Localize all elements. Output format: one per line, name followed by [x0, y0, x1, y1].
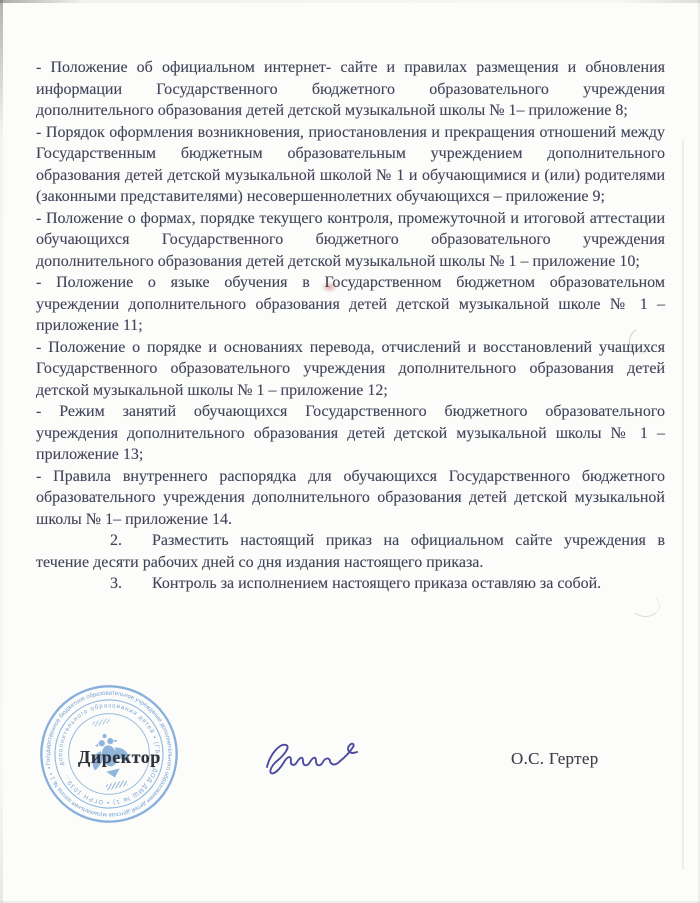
- handwritten-signature: [255, 731, 375, 786]
- regulation-item-appendix-13: - Режим занятий обучающихся Государствен…: [36, 401, 665, 466]
- regulation-item-appendix-14: - Правила внутреннего распорядка для обу…: [36, 466, 665, 531]
- scanned-document-page: - Положение об официальном интернет- сай…: [0, 0, 700, 903]
- order-item-2: 2.Разместить настоящий приказ на официал…: [36, 530, 665, 573]
- scan-arc-artifact: [631, 594, 660, 617]
- stamp-hatch-patch: [106, 780, 128, 791]
- item-text: Контроль за исполнением настоящего прика…: [152, 575, 601, 592]
- scan-edge-artifact-top: [0, 0, 700, 3]
- item-text: Разместить настоящий приказ на официальн…: [36, 532, 665, 571]
- stamp-hatch-patch: [92, 718, 110, 727]
- document-body: - Положение об официальном интернет- сай…: [36, 57, 665, 595]
- item-number: 3.: [73, 573, 122, 595]
- director-name: О.С. Гертер: [511, 749, 599, 769]
- order-item-3: 3.Контроль за исполнением настоящего при…: [36, 573, 665, 595]
- scan-streak-artifact: [682, 140, 684, 870]
- item-number: 2.: [73, 530, 122, 552]
- regulation-item-appendix-9: - Порядок оформления возникновения, прио…: [36, 122, 665, 208]
- regulation-item-appendix-10: - Положение о формах, порядке текущего к…: [36, 208, 665, 273]
- regulation-item-appendix-12: - Положение о порядке и основаниях перев…: [36, 337, 665, 402]
- director-title: Директор: [78, 747, 161, 768]
- regulation-item-appendix-8: - Положение об официальном интернет- сай…: [36, 57, 665, 122]
- regulation-item-appendix-11: - Положение о языке обучения в Государст…: [36, 272, 665, 337]
- scan-edge-artifact-left: [0, 0, 3, 903]
